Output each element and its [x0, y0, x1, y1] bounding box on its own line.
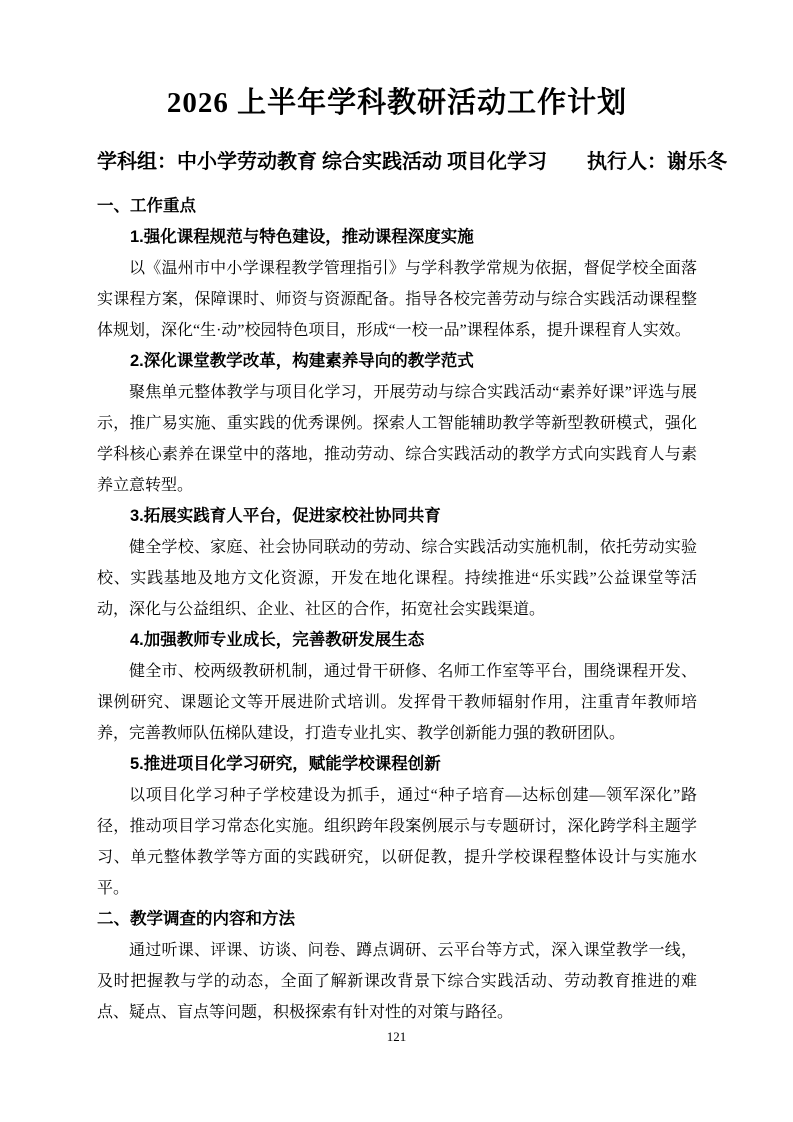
subsection-1-1-paragraph: 以《温州市中小学课程教学管理指引》与学科教学常规为依据，督促学校全面落实课程方案… — [97, 253, 697, 346]
subsection-1-5-heading: 5.推进项目化学习研究，赋能学校课程创新 — [97, 749, 697, 780]
section-2-paragraph: 通过听课、评课、访谈、问卷、蹲点调研、云平台等方式，深入课堂教学一线，及时把握教… — [97, 935, 697, 1028]
page-number: 121 — [0, 1030, 793, 1044]
subsection-1-3-paragraph: 健全学校、家庭、社会协同联动的劳动、综合实践活动实施机制，依托劳动实验校、实践基… — [97, 532, 697, 625]
subsection-1-4-heading: 4.加强教师专业成长，完善教研发展生态 — [97, 625, 697, 656]
executor-label: 执行人： — [587, 151, 667, 173]
subsection-1-2-paragraph: 聚焦单元整体教学与项目化学习，开展劳动与综合实践活动“素养好课”评选与展示，推广… — [97, 377, 697, 501]
document-title: 2026 上半年学科教研活动工作计划 — [97, 85, 697, 121]
subsection-1-3-heading: 3.拓展实践育人平台，促进家校社协同共育 — [97, 501, 697, 532]
subsection-1-1-heading: 1.强化课程规范与特色建设，推动课程深度实施 — [97, 222, 697, 253]
document-page: 2026 上半年学科教研活动工作计划 学科组：中小学劳动教育 综合实践活动 项目… — [0, 0, 793, 1122]
subsection-1-5-paragraph: 以项目化学习种子学校建设为抓手，通过“种子培育—达标创建—领军深化”路径，推动项… — [97, 780, 697, 904]
section-2-heading: 二、教学调查的内容和方法 — [97, 904, 697, 935]
subject-group-label: 学科组： — [97, 151, 177, 173]
subsection-1-2-heading: 2.深化课堂教学改革，构建素养导向的教学范式 — [97, 346, 697, 377]
meta-line: 学科组：中小学劳动教育 综合实践活动 项目化学习执行人：谢乐冬 — [97, 149, 697, 175]
subject-group-value: 中小学劳动教育 综合实践活动 项目化学习 — [177, 151, 547, 173]
executor-value: 谢乐冬 — [667, 151, 727, 173]
subsection-1-4-paragraph: 健全市、校两级教研机制，通过骨干研修、名师工作室等平台，围绕课程开发、课例研究、… — [97, 656, 697, 749]
section-1-heading: 一、工作重点 — [97, 191, 697, 222]
